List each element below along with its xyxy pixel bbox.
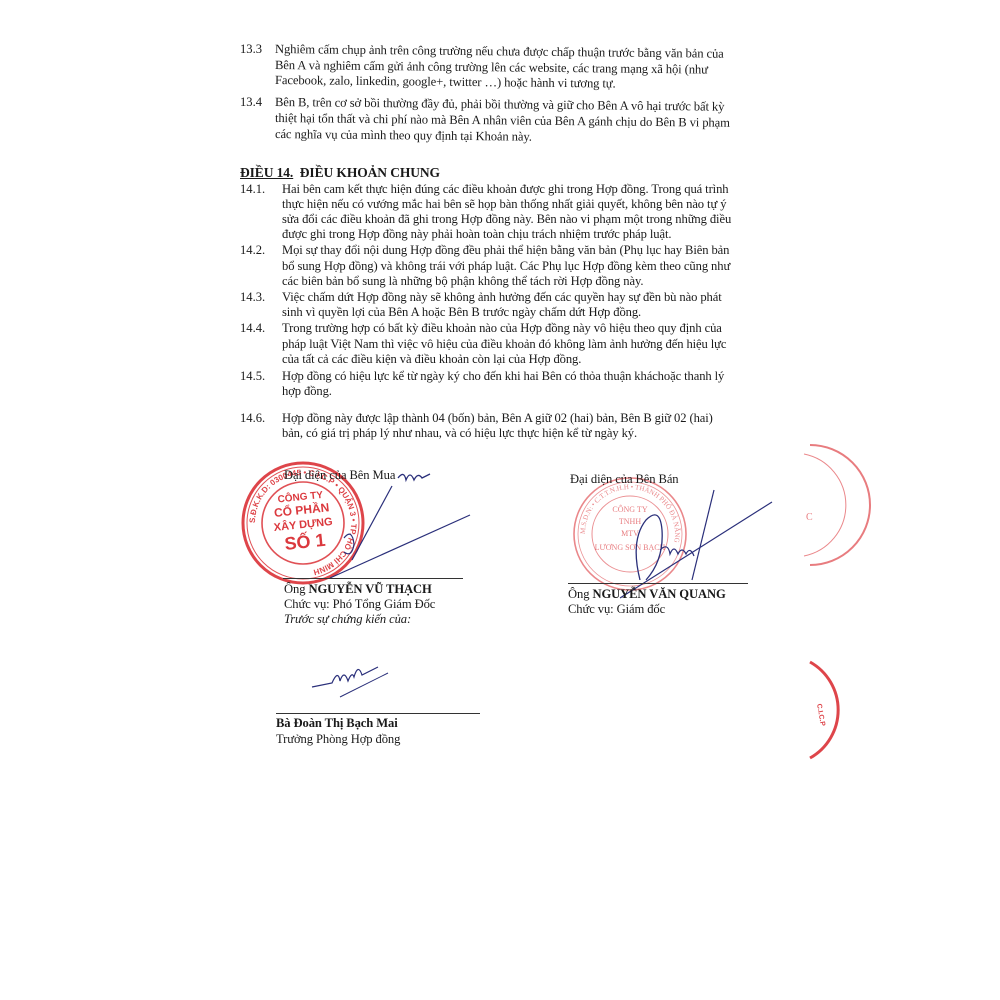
buyer-honorific: Ông <box>284 582 305 596</box>
section-heading: ĐIỀU 14. ĐIỀU KHOẢN CHUNG <box>240 166 440 180</box>
clause-text: hợp đồng. <box>282 384 332 398</box>
clause-text: Mọi sự thay đổi nội dung Hợp đồng đều ph… <box>282 243 729 257</box>
buyer-name: Ông NGUYỄN VŨ THẠCH <box>284 582 432 596</box>
clause-text: Hợp đồng này được lập thành 04 (bốn) bản… <box>282 411 713 425</box>
svg-text:C: C <box>806 512 813 523</box>
clause-text: sinh vì quyền lợi của Bên A hoặc Bên B t… <box>282 305 641 319</box>
clause-text: bổ sung Hợp đồng) và không trái với pháp… <box>282 259 730 273</box>
section-heading-number: ĐIỀU 14. <box>240 165 293 180</box>
margin-stamp-fragment-lower: C.I.C.P <box>800 660 840 760</box>
clause-number: 14.4. <box>240 321 265 335</box>
witness-signature-line <box>276 713 480 714</box>
clause-number: 13.3 <box>240 42 262 56</box>
witness-signature <box>310 655 410 700</box>
seller-name-text: NGUYỄN VĂN QUANG <box>592 587 725 601</box>
clause-text: Trong trường hợp có bất kỳ điều khoản nà… <box>282 321 722 335</box>
seller-representative-label: Đại diện của Bên Bán <box>570 472 679 486</box>
clause-text: thực hiện nếu có vướng mắc hai bên sẽ họ… <box>282 197 726 211</box>
clause-text: Facebook, zalo, linkedin, google+, twitt… <box>275 73 616 91</box>
buyer-title: Chức vụ: Phó Tổng Giám Đốc <box>284 597 435 611</box>
witness-name: Bà Đoàn Thị Bạch Mai <box>276 716 398 730</box>
section-heading-title: ĐIỀU KHOẢN CHUNG <box>300 165 440 180</box>
clause-text: bản, có giá trị pháp lý như nhau, và có … <box>282 426 637 440</box>
witness-label: Trước sự chứng kiến của: <box>284 612 411 626</box>
clause-text: Việc chấm dứt Hợp đồng này sẽ không ảnh … <box>282 290 722 304</box>
witness-title: Trưởng Phòng Hợp đồng <box>276 732 400 746</box>
clause-text: sửa đổi các điều khoản đã ghi trong Hợp … <box>282 212 731 226</box>
contract-page: 13.3 Nghiêm cấm chụp ảnh trên công trườn… <box>0 0 1000 1000</box>
clause-text: Hai bên cam kết thực hiện đúng các điều … <box>282 182 728 196</box>
seller-honorific: Ông <box>568 587 589 601</box>
clause-text: các biên bản bổ sung là những bộ phận kh… <box>282 274 643 288</box>
clause-number: 14.6. <box>240 411 265 425</box>
clause-text: được ghi trong Hợp đồng này phải hoàn to… <box>282 227 671 241</box>
buyer-signature <box>300 460 480 580</box>
clause-text: các nghĩa vụ của mình theo quy định tại … <box>275 127 532 144</box>
clause-text: của tất cả các điều kiện và điều khoản c… <box>282 352 581 366</box>
clause-text: pháp luật Việt Nam thì việc vô hiệu của … <box>282 337 726 351</box>
margin-stamp-fragment-upper: C <box>800 440 850 570</box>
clause-text: Hợp đồng có hiệu lực kể từ ngày ký cho đ… <box>282 369 724 383</box>
seller-name: Ông NGUYỄN VĂN QUANG <box>568 587 726 601</box>
clause-number: 14.5. <box>240 369 265 383</box>
clause-number: 14.2. <box>240 243 265 257</box>
clause-number: 14.3. <box>240 290 265 304</box>
clause-number: 13.4 <box>240 95 262 109</box>
seller-signature-line <box>568 583 748 584</box>
svg-text:C.I.C.P: C.I.C.P <box>815 703 826 727</box>
buyer-signature-line <box>283 578 463 579</box>
clause-number: 14.1. <box>240 182 265 196</box>
seller-title: Chức vụ: Giám đốc <box>568 602 665 616</box>
buyer-name-text: NGUYỄN VŨ THẠCH <box>308 582 431 596</box>
